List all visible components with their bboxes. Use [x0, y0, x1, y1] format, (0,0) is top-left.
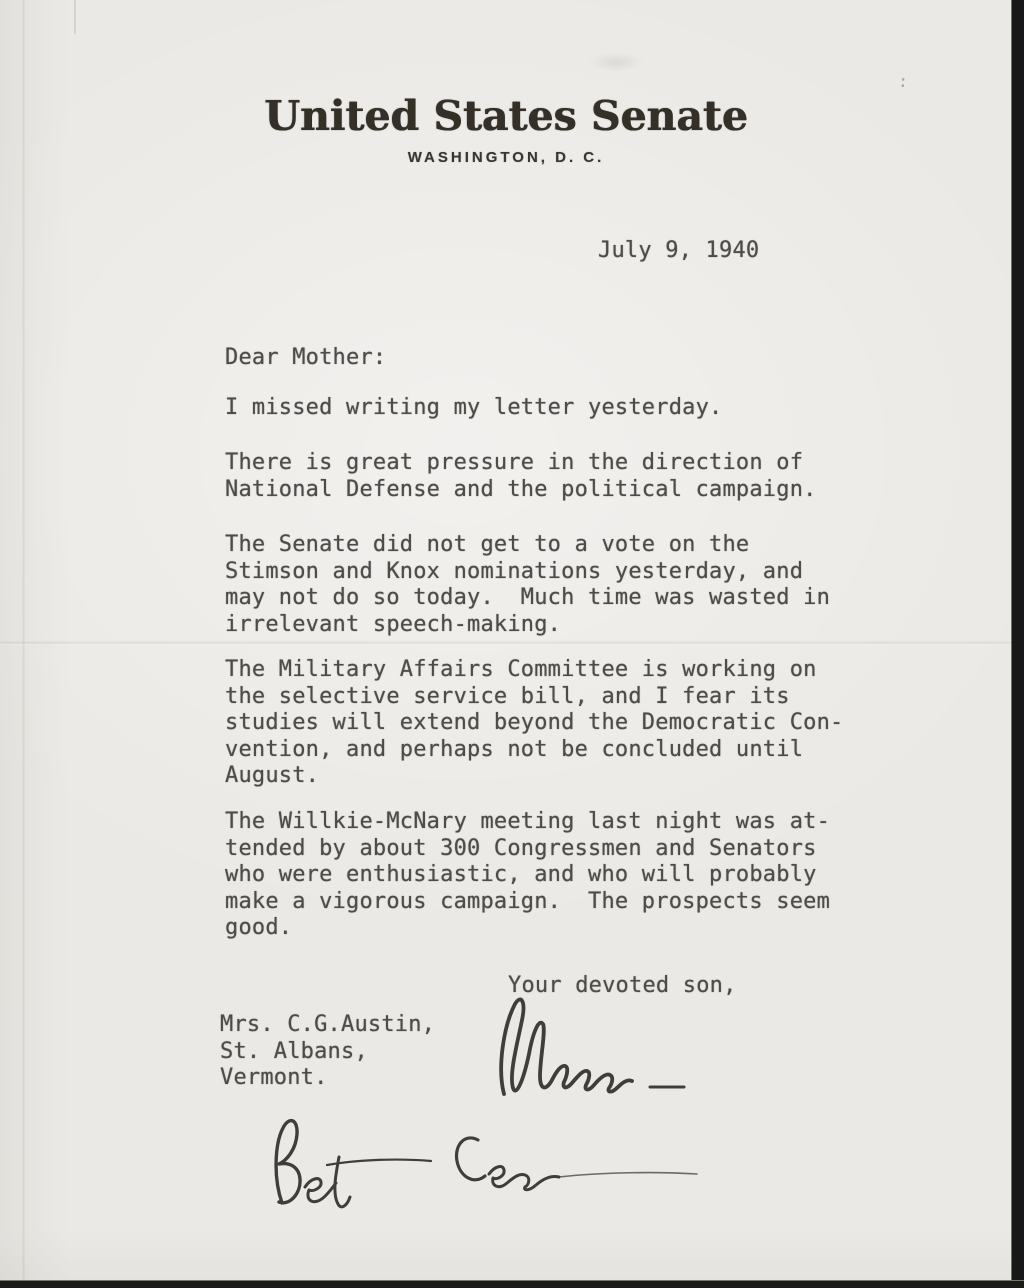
scan-edge-bottom	[0, 1280, 1024, 1288]
letterhead-subtitle: WASHINGTON, D. C.	[0, 149, 1012, 166]
fold-line-vertical-top	[74, 0, 76, 34]
paragraph-2: There is great pressure in the direction…	[225, 450, 817, 503]
recipient-address: Mrs. C.G.Austin, St. Albans, Vermont.	[220, 1012, 435, 1092]
paragraph-1: I missed writing my letter yesterday.	[225, 395, 722, 422]
stray-ink-mark: :	[897, 72, 909, 93]
salutation: Dear Mother:	[225, 345, 386, 372]
fold-line-horizontal	[0, 641, 1012, 645]
scan-edge-right	[1011, 0, 1024, 1288]
scanned-letter-page: : United States Senate WASHINGTON, D. C.…	[0, 0, 1024, 1288]
signature-handwritten: Warren	[482, 993, 702, 1101]
date-line: July 9, 1940	[598, 238, 759, 265]
paragraph-5: The Willkie-McNary meeting last night wa…	[225, 809, 830, 942]
ink-smudge	[588, 52, 644, 72]
handwritten-note-best-love: Best Love	[235, 1113, 715, 1225]
letterhead-title: United States Senate	[0, 92, 1012, 140]
paragraph-3: The Senate did not get to a vote on the …	[225, 532, 830, 638]
paragraph-4: The Military Affairs Committee is workin…	[225, 657, 843, 790]
